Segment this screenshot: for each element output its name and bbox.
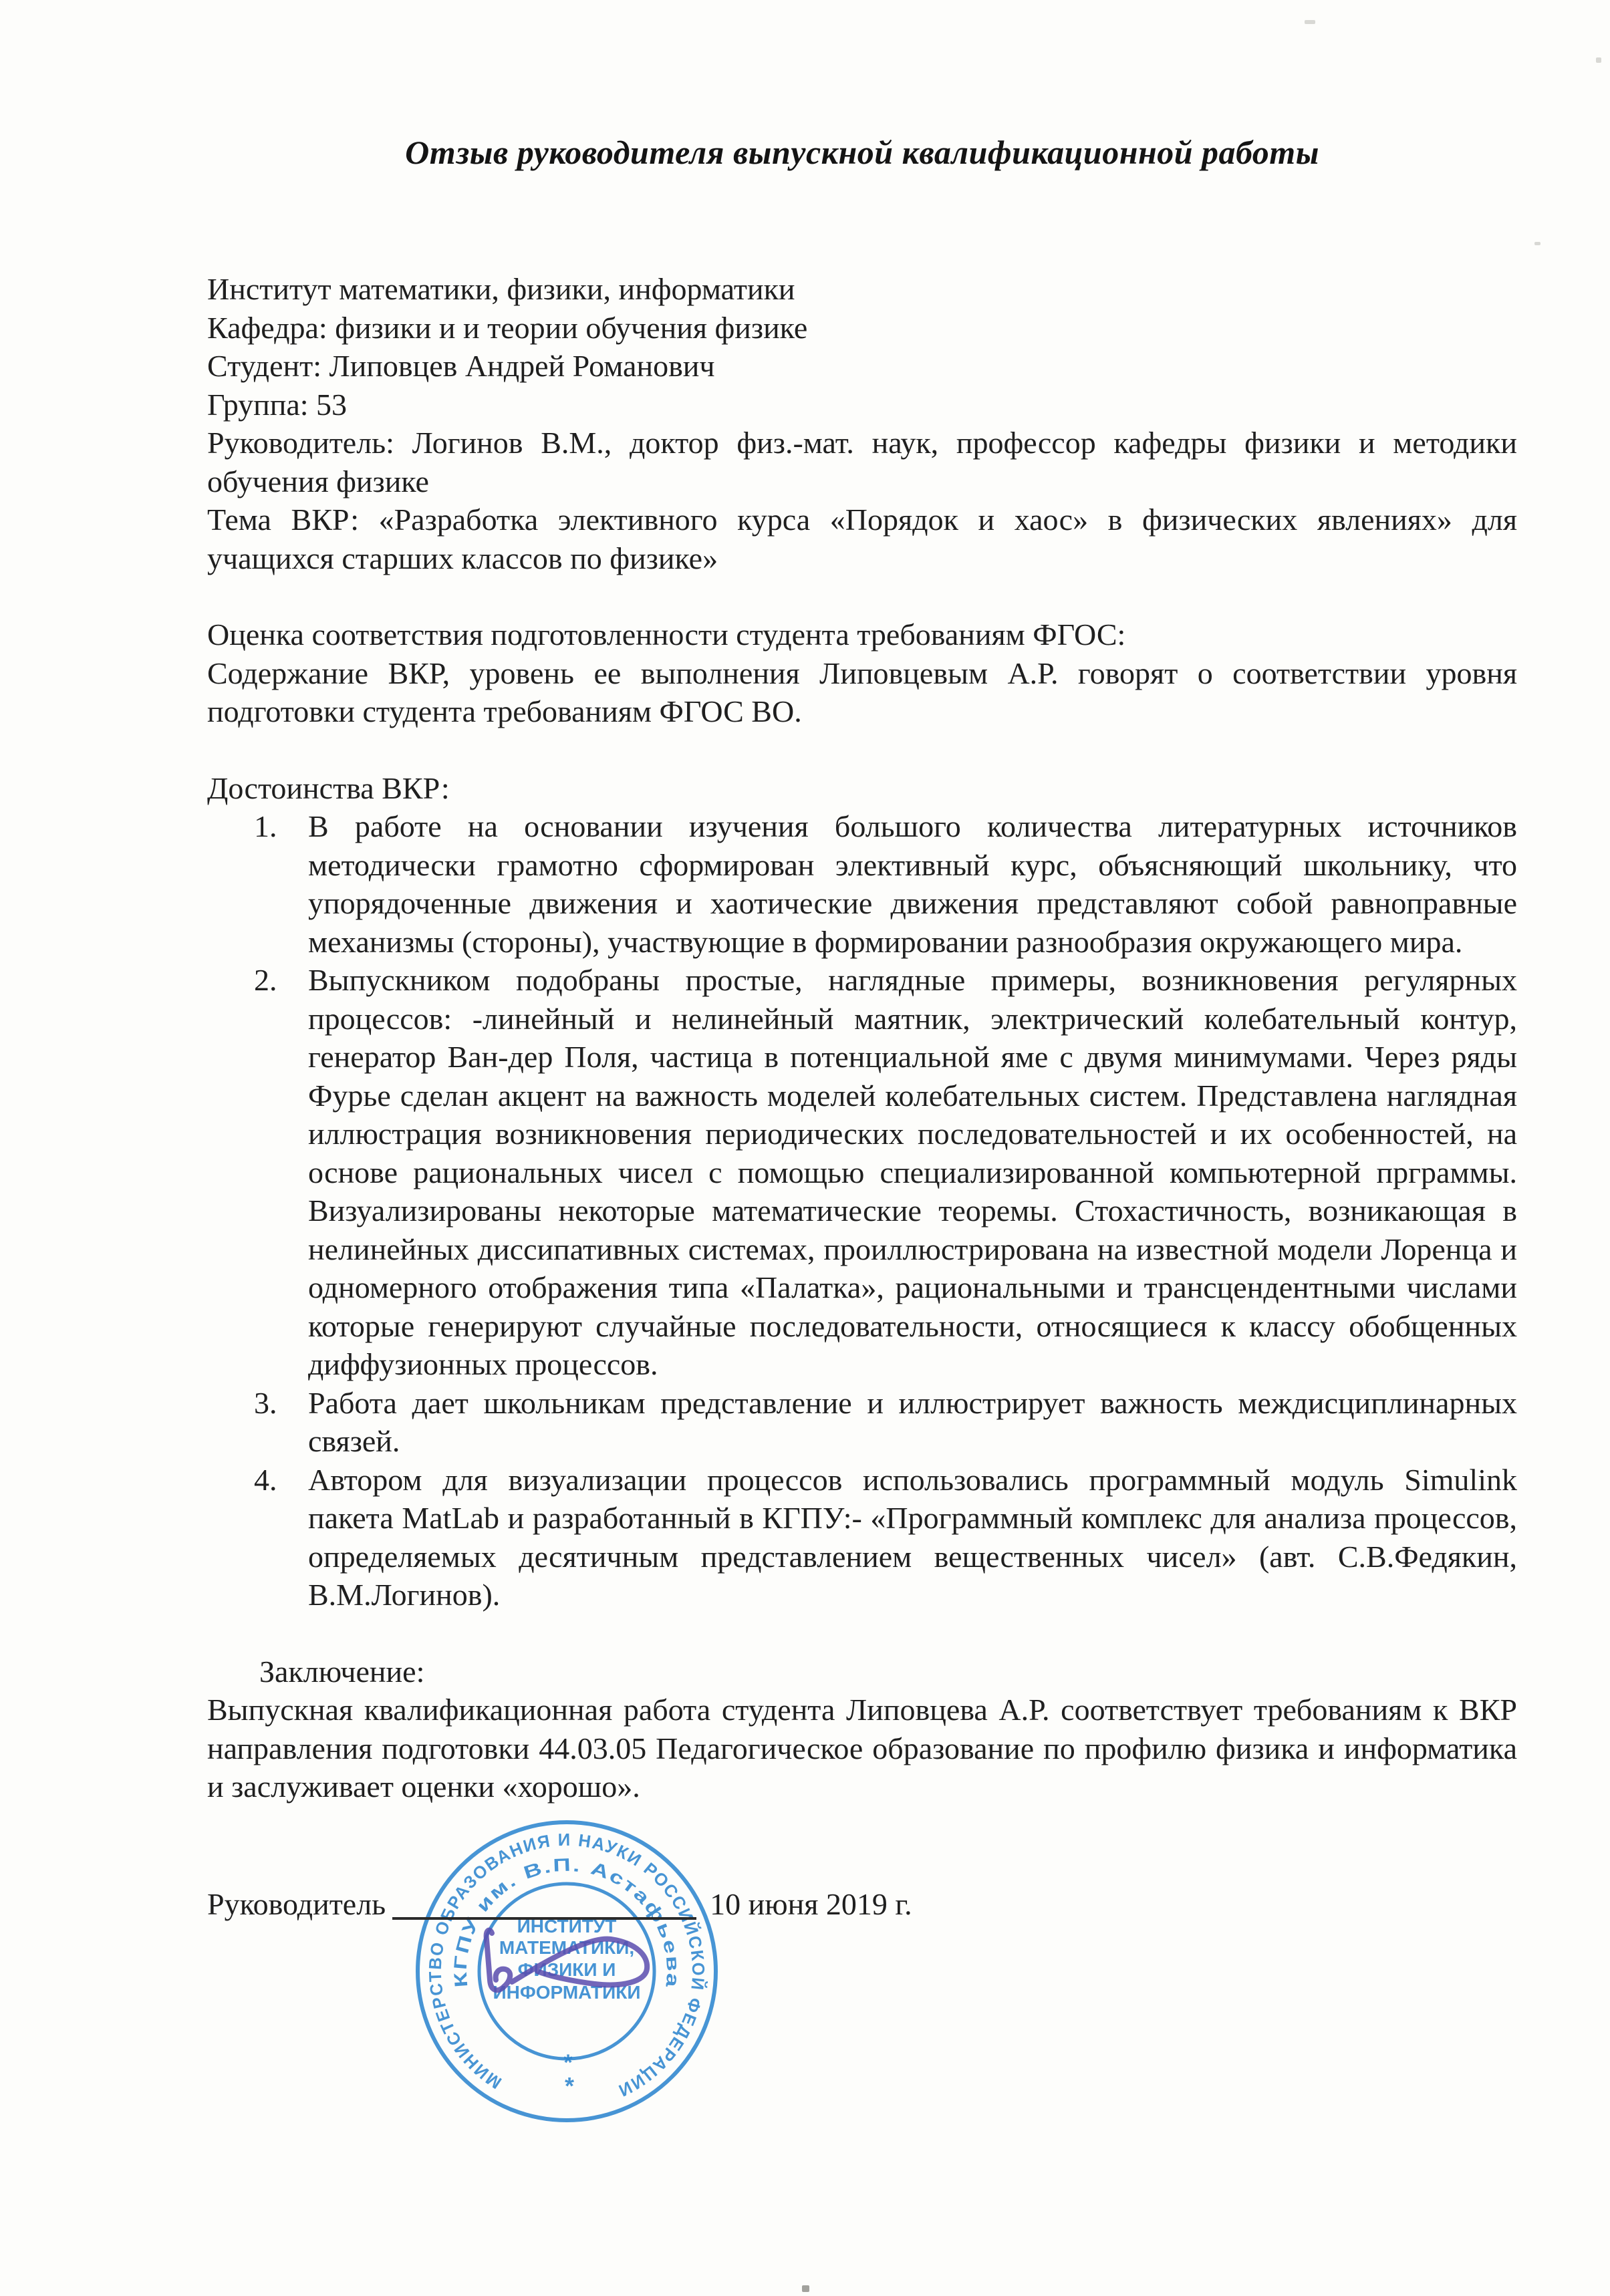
info-supervisor: Руководитель: Логинов В.М., доктор физ.-… — [207, 424, 1517, 500]
assessment-heading: Оценка соответствия подготовленности сту… — [207, 615, 1517, 654]
merit-item-text: Автором для визуализации процессов испол… — [308, 1463, 1517, 1612]
info-department: Кафедра: физики и и теории обучения физи… — [207, 309, 1517, 347]
conclusion-body: Выпускная квалификационная работа студен… — [207, 1691, 1517, 1806]
scan-artifact — [1534, 242, 1540, 245]
document-title: Отзыв руководителя выпускной квалификаци… — [207, 132, 1517, 172]
merit-item-1: В работе на основании изучения большого … — [308, 807, 1517, 961]
conclusion-heading: Заключение: — [207, 1653, 1517, 1691]
header-info-block: Институт математики, физики, информатики… — [207, 270, 1517, 577]
merit-item-2: Выпускником подобраны простые, наглядные… — [308, 961, 1517, 1384]
merits-list: В работе на основании изучения большого … — [207, 807, 1517, 1614]
info-group: Группа: 53 — [207, 386, 1517, 424]
merit-item-text: Выпускником подобраны простые, наглядные… — [308, 963, 1517, 1381]
supervisor-signature — [468, 1911, 668, 2025]
merit-item-text: В работе на основании изучения большого … — [308, 809, 1517, 959]
info-thesis-topic: Тема ВКР: «Разработка элективного курса … — [207, 500, 1517, 577]
merit-item-4: Автором для визуализации процессов испол… — [308, 1461, 1517, 1614]
signature-row: Руководитель 10 июня 2019 г. — [207, 1885, 1517, 1924]
merit-item-text: Работа дает школьникам представление и и… — [308, 1386, 1517, 1459]
signature-date: 10 июня 2019 г. — [710, 1885, 912, 1924]
info-institute: Институт математики, физики, информатики — [207, 270, 1517, 309]
scan-artifact — [1596, 57, 1601, 63]
signature-stroke-loop — [512, 1939, 647, 1985]
info-student: Студент: Липовцев Андрей Романович — [207, 347, 1517, 386]
document-page: МИНИСТЕРСТВО ОБРАЗОВАНИЯ И НАУКИ РОССИЙС… — [0, 0, 1610, 2296]
merits-heading: Достоинства ВКР: — [207, 769, 1517, 808]
signature-label: Руководитель — [207, 1885, 386, 1924]
stamp-star-lower: * — [565, 2072, 574, 2100]
assessment-body: Содержание ВКР, уровень ее выполнения Ли… — [207, 654, 1517, 731]
signature-stroke-left — [487, 1930, 511, 1991]
merit-item-3: Работа дает школьникам представление и и… — [308, 1384, 1517, 1461]
scan-artifact — [802, 2285, 809, 2292]
